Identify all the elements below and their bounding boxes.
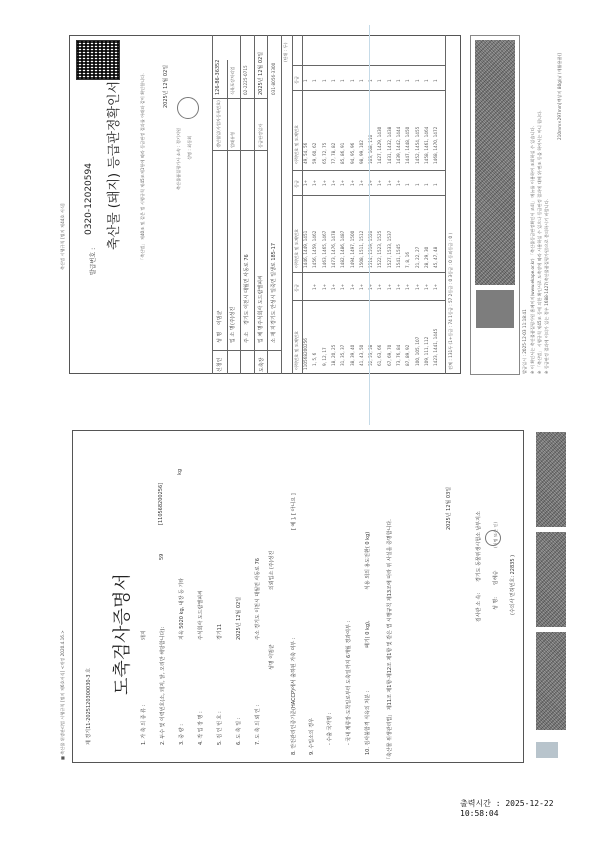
official-seal-icon [177, 97, 199, 119]
item-label: 1. 가 축 의 종 류 : [140, 705, 147, 745]
item-value: 지육 5020 kg, 내장 등 기타 [178, 578, 185, 640]
slaughter-name: 주식회사 도드람엘피씨 [257, 275, 264, 325]
item-value: 2025년 12월 02일 [235, 597, 242, 640]
trace-cell: 41, 43, 50 [359, 345, 364, 366]
grade-cell: 1+ [433, 284, 438, 290]
footnote-1: ※ 이 확인서는 축산물품질평가원 홈페이지(www.ekape.or.kr) … [530, 126, 536, 374]
applicant-name: 이범균 [216, 311, 223, 326]
grade-cell: 1+ [350, 284, 355, 290]
trace-cell: 67, 69, 70 [387, 345, 392, 366]
inspection-title: 도축검사증명서 [108, 573, 134, 695]
trace-cell: 1423, 1441, 1445 [433, 329, 438, 366]
trace-cell: 65, 72, 75 [322, 143, 327, 164]
trace-cell: 1494, 1497, 1500 [350, 231, 355, 268]
trace-cell: 1522, 1523, 1525 [377, 231, 382, 268]
vet-license: (수의사 면허번호: 22835 ) [509, 555, 516, 615]
item3-unit: kg [177, 469, 183, 475]
col-header-grade-1: 등급 [294, 284, 300, 292]
trace-cell: 1456, 1459, 1462 [312, 231, 317, 268]
qr-code-icon [76, 40, 120, 80]
trace-cell: 61, 63, 66 [377, 345, 382, 366]
grade-cell: 1+ [340, 180, 345, 186]
slaughter-group-label: 도축장 [258, 358, 265, 373]
grade-cell: 1+ [331, 284, 336, 290]
col-header-trace-3: 이력번호 및 도체번호 [294, 125, 300, 164]
barcode-icon [536, 742, 558, 758]
trace-cell: 1446, 1449, 1451 [303, 231, 308, 268]
item-value: 돼지 [140, 630, 147, 640]
trace-cell: 1427, 1429, 1430 [377, 127, 382, 164]
grade-cell: 1+ [340, 284, 345, 290]
grade-cell: 1 [433, 79, 438, 82]
grade-cell: 1+ [312, 284, 317, 290]
trace-cell: 73, 76, 84 [396, 345, 401, 366]
trace-cell: 21, 22, 27 [415, 247, 420, 268]
trace-cell: 1541, 1545 [396, 244, 401, 268]
export-country: - 수출 국가명 : [326, 713, 333, 745]
trace-cell: 45, 47, 48 [433, 247, 438, 268]
certificate-date: 2025년 12월 02일 [162, 65, 169, 108]
grade-cell: 1+ [387, 284, 392, 290]
grade-date-label: 등급판정일자 [258, 124, 264, 148]
item-value: 59 [159, 554, 165, 560]
form-reference: 축산법 시행규칙 [별지 제44호 서식] [60, 203, 66, 270]
grade-cell: 1+ [377, 284, 382, 290]
grade-cell: 1 [405, 79, 410, 82]
grade-cell: 1+ [387, 180, 392, 186]
item-value: 주소 경기도 이천시 대월면 사동로 76 [254, 558, 261, 640]
slaughter-address: 경기도 안성시 일죽면 일생로 185-17 [270, 243, 277, 325]
import-case: 9. 수입소의 경우 [308, 718, 315, 755]
disposal-label: 10. 검사불합격 식육의 처분 : [364, 691, 371, 755]
unit-note: (단위 : 두) [283, 43, 289, 62]
grade-cell: 1+ [424, 284, 429, 290]
certificate-title: 축산물 (돼지) 등급판정확인서 [103, 81, 122, 250]
trace-cell: 85, 86, 91 [340, 143, 345, 164]
grade-cell: 1 [331, 79, 336, 82]
grade-cell: 1+ [396, 284, 401, 290]
inspector-org-label: 검사관 소 속: [475, 593, 482, 622]
applicant-address-label: 주 소 [243, 332, 250, 343]
applicant-address: 경기도 이천시 대월면 사동로 76 [243, 254, 250, 325]
reg-number-label: 생년월일(사업자등록번호) [216, 100, 222, 148]
certification-statement: 「축산물 위생관리법」 제11조 제1항·제12조 제1항 및 같은 법 시행규… [383, 432, 397, 762]
trace-cell: 1452, 1454, 1455 [415, 127, 420, 164]
grade-cell: 1+ [350, 180, 355, 186]
redacted-block-dark [476, 290, 514, 328]
col-header-trace-1: 이력번호 및 도체번호 [294, 331, 300, 370]
trace-cell: 31, 35, 37 [340, 345, 345, 366]
form-reference: ■ 축산물 위생관리법 시행규칙 [별지 제6호서식] <개정 2020.4.1… [60, 630, 66, 760]
reg-number: 126-86-36352 [215, 60, 221, 95]
certificate-notice: 「축산법」 제40조 및 같은 법 시행규칙 제45조제1항에 따라 등급판정 … [140, 73, 146, 262]
trace-cell: 109, 111, 112 [424, 337, 429, 366]
inspector-org: 경기도 동물위생시험소 남부지소 [475, 511, 482, 582]
col-header-grade-2: 등급 [294, 180, 300, 188]
trace-cell: 28, 29, 30 [424, 247, 429, 268]
grade-cell: 1+ [405, 284, 410, 290]
grader-name: 성명 : 최동회 [187, 136, 193, 160]
grade-cell: 1+ [322, 180, 327, 186]
scan-artifact-line [369, 25, 370, 425]
trace-cell: 87, 89, 92 [405, 345, 410, 366]
grade-cell: 1 [424, 183, 429, 186]
grade-cell: 1 [322, 79, 327, 82]
grade-cell: 1+ [359, 284, 364, 290]
item-label: 7. 도 축 의 뢰 인 : [254, 705, 261, 745]
inspector-name-label: 성 명: [492, 597, 499, 610]
grading-certificate-frame [69, 35, 461, 374]
biz-type-label: 업태유형 [230, 132, 236, 148]
item-label: 3. 중 량 : [178, 724, 185, 745]
redacted-strip-3 [536, 632, 566, 730]
applicant-name-label: 성 명 [216, 332, 223, 343]
inspector-seal-icon [485, 530, 501, 546]
totals-row: 전체 : 131두 (1+등급 : 74 1등급 : 57 2등급 : 0 3등… [448, 233, 454, 370]
issue-number: 0320-12020594 [84, 163, 94, 235]
trace-cell: 1482, 1486, 1487 [340, 231, 345, 268]
grade-cell: 1 [340, 79, 345, 82]
slaughter-address-label: 소 재 지 [270, 325, 277, 343]
grade-cell: 1 [424, 79, 429, 82]
grade-cell: 1+ [322, 284, 327, 290]
footnote-3: ※ 등급판정 결과에 이의가 있는 경우 1688-1427(축산물품질평가원)… [544, 199, 550, 374]
applicant-biz: (주)성진 [229, 307, 236, 325]
applicant-biz-label: 업 소 명 [229, 325, 236, 343]
redacted-strip-1 [536, 432, 566, 527]
trace-cell: 38, 39, 40 [350, 345, 355, 366]
trace-cell: 1, 5, 6 [312, 353, 317, 366]
trace-cell: 1508, 1511, 1512 [359, 231, 364, 268]
trace-cell: 1468, 1470, 1472 [433, 127, 438, 164]
applicant-group-label: 신청인 [216, 358, 223, 373]
grade-cell: 1+ [331, 180, 336, 186]
grade-cell: 1 [405, 183, 410, 186]
grade-cell: 1+ [415, 284, 420, 290]
redacted-strip-2 [536, 532, 566, 627]
disposal-convert: 식용 외의 용도전환( 0 kg) [364, 532, 371, 590]
trace-cell: 98, 99, 102 [359, 140, 364, 164]
col-header-grade-3: 등급 [294, 76, 300, 84]
item-value: 주식회사 도드람엘피씨 [197, 590, 204, 640]
inspector-name: 임혜승 [492, 571, 499, 586]
grade-cell: 1 [312, 79, 317, 82]
grade-cell: 1 [303, 79, 308, 82]
col-header-trace-2: 이력번호 및 도체번호 [294, 229, 300, 268]
grade-cell: 1 [377, 79, 382, 82]
slaughter-phone: 031-8056-3300 [271, 63, 276, 95]
grade-cell: 1+ [303, 180, 308, 186]
quarantine-period: - 국내 계류장·도착일로부터 도축일까지 6개월 경과여부 : [345, 621, 352, 745]
requester-name: 성명 이범균 [268, 644, 275, 670]
grade-cell: 1 [415, 79, 420, 82]
grade-cell: 1+ [396, 180, 401, 186]
paper-note: 210mm×297mm[백상지 80g/㎡ (재활용품)] [557, 53, 563, 140]
item-label: 5. 검 인 번 호 : [216, 711, 223, 745]
grade-cell: 1+ [312, 180, 317, 186]
footnote-2: ※ 「축산법」 시행규칙 제45조 등에 의한 확인서로 도축장에 따라 사용하… [537, 110, 543, 374]
grade-cell: 1 [359, 79, 364, 82]
grader-org: 축산물품질평가사 소속 : 경기지원 [176, 128, 182, 190]
item-label: 4. 작 업 장 명 : [197, 711, 204, 745]
grade-cell: 1 [387, 79, 392, 82]
haccp-question: 8. 안전관리인증기준(HACCP)에서 출하된 가축 여부 : [290, 637, 297, 755]
biz-type: 식육포장처리업 [230, 67, 236, 95]
trace-cell: 100, 105, 107 [415, 337, 420, 366]
item-value: 경기11 [216, 624, 223, 640]
slaughter-name-label: 업 체 명 [257, 325, 264, 343]
inspection-date: 2025년 12월 03일 [445, 487, 452, 530]
issued-timestamp: 발급일시 : 2025-12-03 11:18:41 [522, 309, 528, 374]
trace-cell: 77, 78, 82 [331, 143, 336, 164]
trace-number: 110568200256 [303, 338, 308, 370]
trace-cell: 59, 60, 62 [312, 143, 317, 164]
haccp-answer[interactable]: [ 예 ], [ 아니요 ] [290, 493, 297, 530]
grade-cell: 1+ [377, 180, 382, 186]
item-label: 2. 두수 및 이력번호(소, 돼지, 닭, 오리만 해당합니다): [159, 627, 166, 745]
grade-cell: 1 [350, 79, 355, 82]
trace-cell: 1447, 1448, 1450 [405, 127, 410, 164]
item2-extra: [110568200256] [158, 483, 164, 525]
trace-cell: 1439, 1442, 1444 [396, 127, 401, 164]
trace-cell: 1527, 1533, 1537 [387, 231, 392, 268]
redacted-block [475, 40, 515, 285]
trace-cell: 1431, 1432, 1438 [387, 127, 392, 164]
grade-cell: 1 [433, 183, 438, 186]
trace-cell: 1458, 1461, 1464 [424, 127, 429, 164]
trace-cell: 1463, 1465, 1467 [322, 231, 327, 268]
issue-label: 발급번호 : [88, 248, 97, 275]
requester-biz: 의뢰업소 (주)성진 [268, 551, 275, 590]
print-time: 출력시간 : 2025-12-22 10:58:04 [460, 798, 595, 818]
applicant-phone: 02-2225-0715 [243, 65, 248, 95]
item-label: 6. 도 축 일 : [235, 718, 242, 745]
trace-cell: 18, 20, 25 [331, 345, 336, 366]
grade-cell: 1 [396, 79, 401, 82]
grade-cell: 1+ [359, 180, 364, 186]
trace-cell: 9, 12, 17 [322, 347, 327, 366]
trace-cell: 7, 8, 16 [405, 252, 410, 268]
grade-date: 2025년 12월 02일 [257, 52, 264, 95]
trace-cell: 49, 54, 56 [303, 143, 308, 164]
doc-number: 제 경기11-2025120300030-3 호 [85, 668, 92, 745]
trace-cell: 94, 95, 96 [350, 143, 355, 164]
trace-cell: 1473, 1476, 1478 [331, 231, 336, 268]
grade-cell: 1 [415, 183, 420, 186]
disposal-discard: 폐기( 0 kg), [364, 620, 371, 648]
